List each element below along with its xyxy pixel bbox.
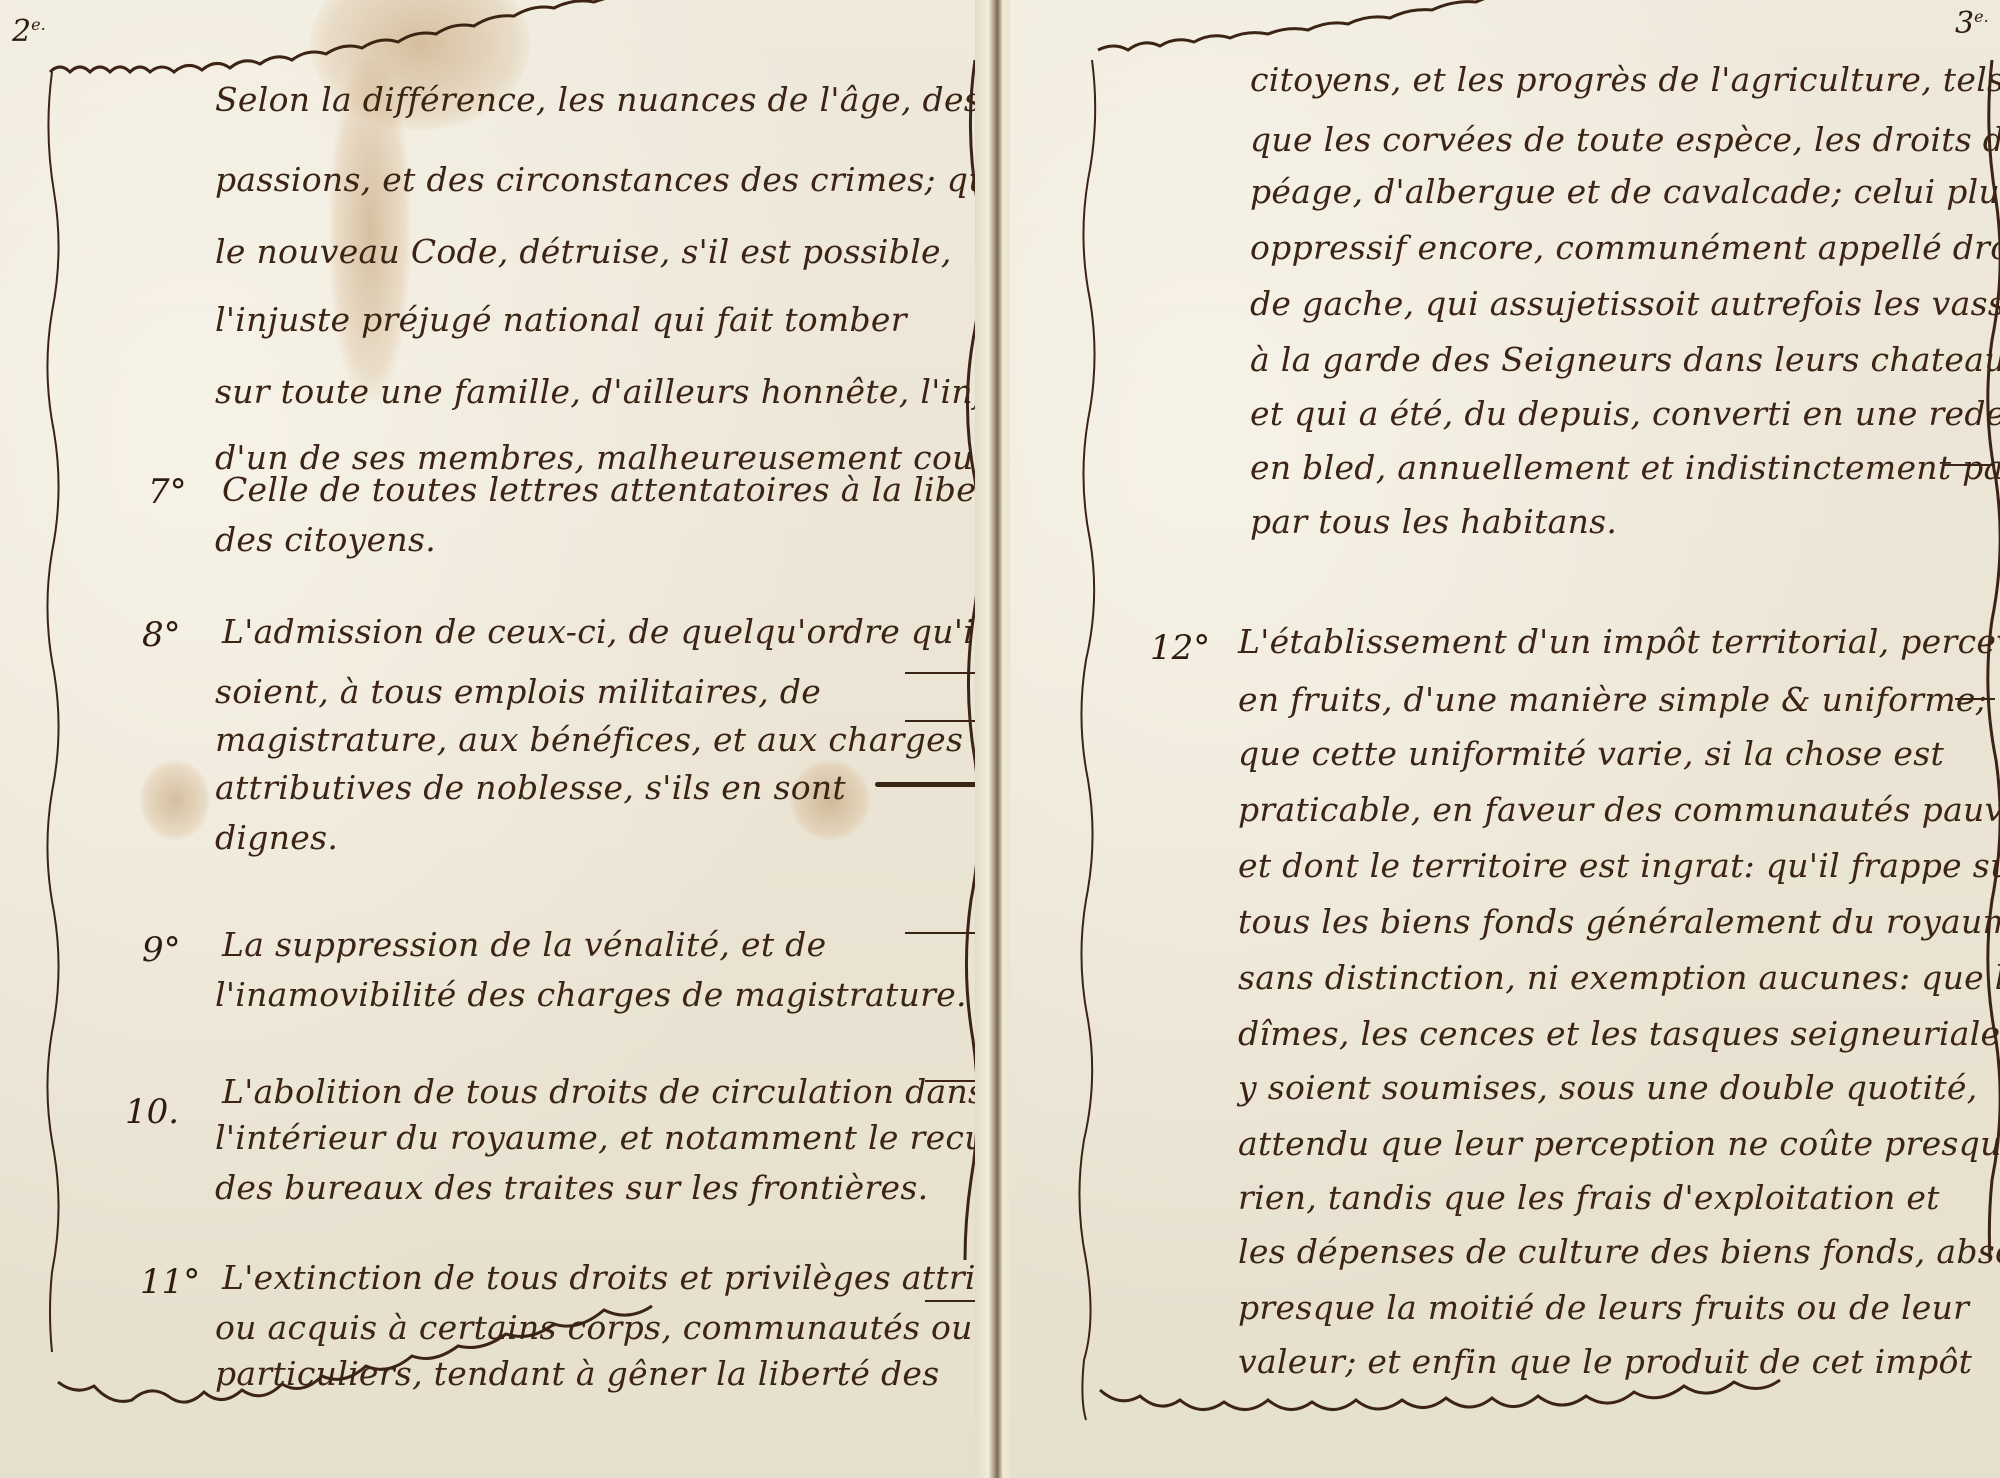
- text-line: attributives de noblesse, s'ils en sont: [215, 768, 846, 807]
- line-filler-dash: [925, 1080, 980, 1082]
- text-line: praticable, en faveur des communautés pa…: [1238, 790, 2000, 829]
- text-line: que les corvées de toute espèce, les dro…: [1250, 120, 2000, 159]
- article-number: 7°: [148, 472, 187, 512]
- water-stain: [140, 760, 210, 840]
- text-line: en bled, annuellement et indistinctement…: [1250, 448, 2000, 487]
- text-line: en fruits, d'une manière simple & unifor…: [1238, 680, 1987, 719]
- text-line: passions, et des circonstances des crime…: [215, 160, 1010, 199]
- line-filler-dash: [1945, 464, 1995, 466]
- text-line: à la garde des Seigneurs dans leurs chat…: [1250, 340, 2000, 379]
- text-line: des bureaux des traites sur les frontièr…: [215, 1168, 928, 1207]
- text-line: et qui a été, du depuis, converti en une…: [1250, 394, 2000, 433]
- text-line: l'inamovibilité des charges de magistrat…: [215, 975, 967, 1014]
- text-line: et dont le territoire est ingrat: qu'il …: [1238, 846, 2000, 885]
- text-line: l'intérieur du royaume, et notamment le …: [215, 1118, 1103, 1157]
- text-line: attendu que leur perception ne coûte pre…: [1238, 1124, 2000, 1163]
- text-line: L'établissement d'un impôt territorial, …: [1238, 622, 2000, 661]
- text-line: dîmes, les cences et les tasques seigneu…: [1238, 1014, 2000, 1053]
- text-line: citoyens, et les progrès de l'agricultur…: [1250, 60, 2000, 99]
- article-number: 10.: [125, 1092, 179, 1132]
- text-line: le nouveau Code, détruise, s'il est poss…: [215, 232, 952, 271]
- line-filler-dash: [905, 672, 975, 674]
- right-page: 3e. citoyens, et les progrès de l'agricu…: [1010, 0, 2000, 1478]
- text-line: des citoyens.: [215, 520, 436, 559]
- text-line: Selon la différence, les nuances de l'âg…: [215, 80, 981, 119]
- text-line: valeur; et enfin que le produit de cet i…: [1238, 1342, 1972, 1381]
- left-page: 2e. Selon la différence, les nuances de …: [0, 0, 985, 1478]
- text-line: tous les biens fonds généralement du roy…: [1238, 902, 2000, 941]
- text-line: La suppression de la vénalité, et de: [222, 925, 826, 964]
- text-line: l'injuste préjugé national qui fait tomb…: [215, 300, 907, 339]
- line-filler-dash: [1955, 698, 1995, 700]
- text-line: ou acquis à certains corps, communautés …: [215, 1308, 973, 1347]
- text-line: particuliers, tendant à gêner la liberté…: [215, 1354, 940, 1393]
- text-line: sur toute une famille, d'ailleurs honnêt…: [215, 372, 1068, 411]
- text-line: Celle de toutes lettres attentatoires à …: [222, 470, 1026, 509]
- text-line: dignes.: [215, 818, 338, 857]
- article-number: 8°: [142, 615, 181, 655]
- article-number: 9°: [142, 930, 181, 970]
- text-line: que cette uniformité varie, si la chose …: [1238, 734, 1944, 773]
- text-line: L'extinction de tous droits et privilège…: [222, 1258, 1056, 1297]
- manuscript-spread: 2e. Selon la différence, les nuances de …: [0, 0, 2000, 1478]
- line-filler-dash: [905, 720, 975, 722]
- text-line: les dépenses de culture des biens fonds,…: [1238, 1232, 2000, 1271]
- line-filler-dash: [905, 932, 975, 934]
- page-number: 3e.: [1955, 6, 1989, 41]
- text-line: soient, à tous emplois militaires, de: [215, 672, 821, 711]
- article-number: 12°: [1150, 628, 1210, 668]
- line-filler-dash: [875, 782, 985, 787]
- text-line: oppressif encore, communément appellé dr…: [1250, 228, 2000, 267]
- line-filler-dash: [925, 1300, 980, 1302]
- text-line: y soient soumises, sous une double quoti…: [1238, 1068, 1978, 1107]
- text-line: sans distinction, ni exemption aucunes: …: [1238, 958, 2000, 997]
- text-line: magistrature, aux bénéfices, et aux char…: [215, 720, 963, 759]
- text-line: par tous les habitans.: [1250, 502, 1617, 541]
- text-line: L'admission de ceux-ci, de quelqu'ordre …: [222, 612, 1002, 651]
- text-line: L'abolition de tous droits de circulatio…: [222, 1072, 985, 1111]
- text-line: presque la moitié de leurs fruits ou de …: [1238, 1288, 1969, 1327]
- article-number: 11°: [140, 1262, 200, 1302]
- text-line: péage, d'albergue et de cavalcade; celui…: [1250, 172, 2000, 211]
- text-line: de gache, qui assujetissoit autrefois le…: [1250, 284, 2000, 323]
- page-number: 2e.: [12, 14, 46, 49]
- text-line: rien, tandis que les frais d'exploitatio…: [1238, 1178, 1940, 1217]
